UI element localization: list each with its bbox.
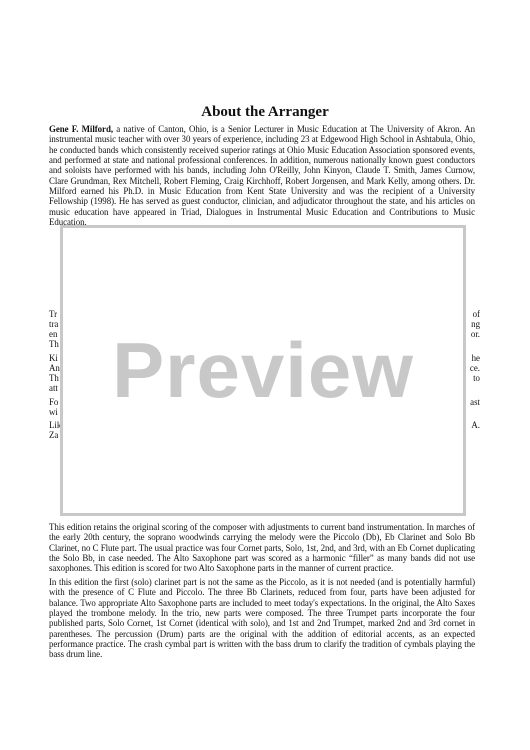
preview-watermark-overlay: Preview: [60, 225, 466, 516]
preview-watermark-text: Preview: [63, 331, 463, 409]
arranger-name: Gene F. Milford,: [49, 124, 113, 134]
hidden-text-fragment: of: [466, 309, 480, 319]
hidden-text-fragment: ng: [466, 319, 480, 329]
hidden-text-fragment: he: [466, 353, 480, 363]
page-title: About the Arranger: [0, 104, 530, 121]
hidden-text-fragment: A.: [466, 420, 480, 430]
edition-notes-paragraph: In this edition the first (solo) clarine…: [49, 577, 475, 660]
hidden-text-fragment: to: [466, 373, 480, 383]
hidden-text-fragment: ce.: [466, 363, 480, 373]
hidden-text-fragment: ast: [466, 397, 480, 407]
document-page: About the Arranger Gene F. Milford, a na…: [0, 0, 530, 750]
hidden-text-fragment: or.: [466, 329, 480, 339]
edition-notes-paragraph: This edition retains the original scorin…: [49, 522, 475, 574]
arranger-bio-paragraph: Gene F. Milford, a native of Canton, Ohi…: [49, 124, 475, 227]
arranger-bio-text: a native of Canton, Ohio, is a Senior Le…: [49, 124, 475, 227]
